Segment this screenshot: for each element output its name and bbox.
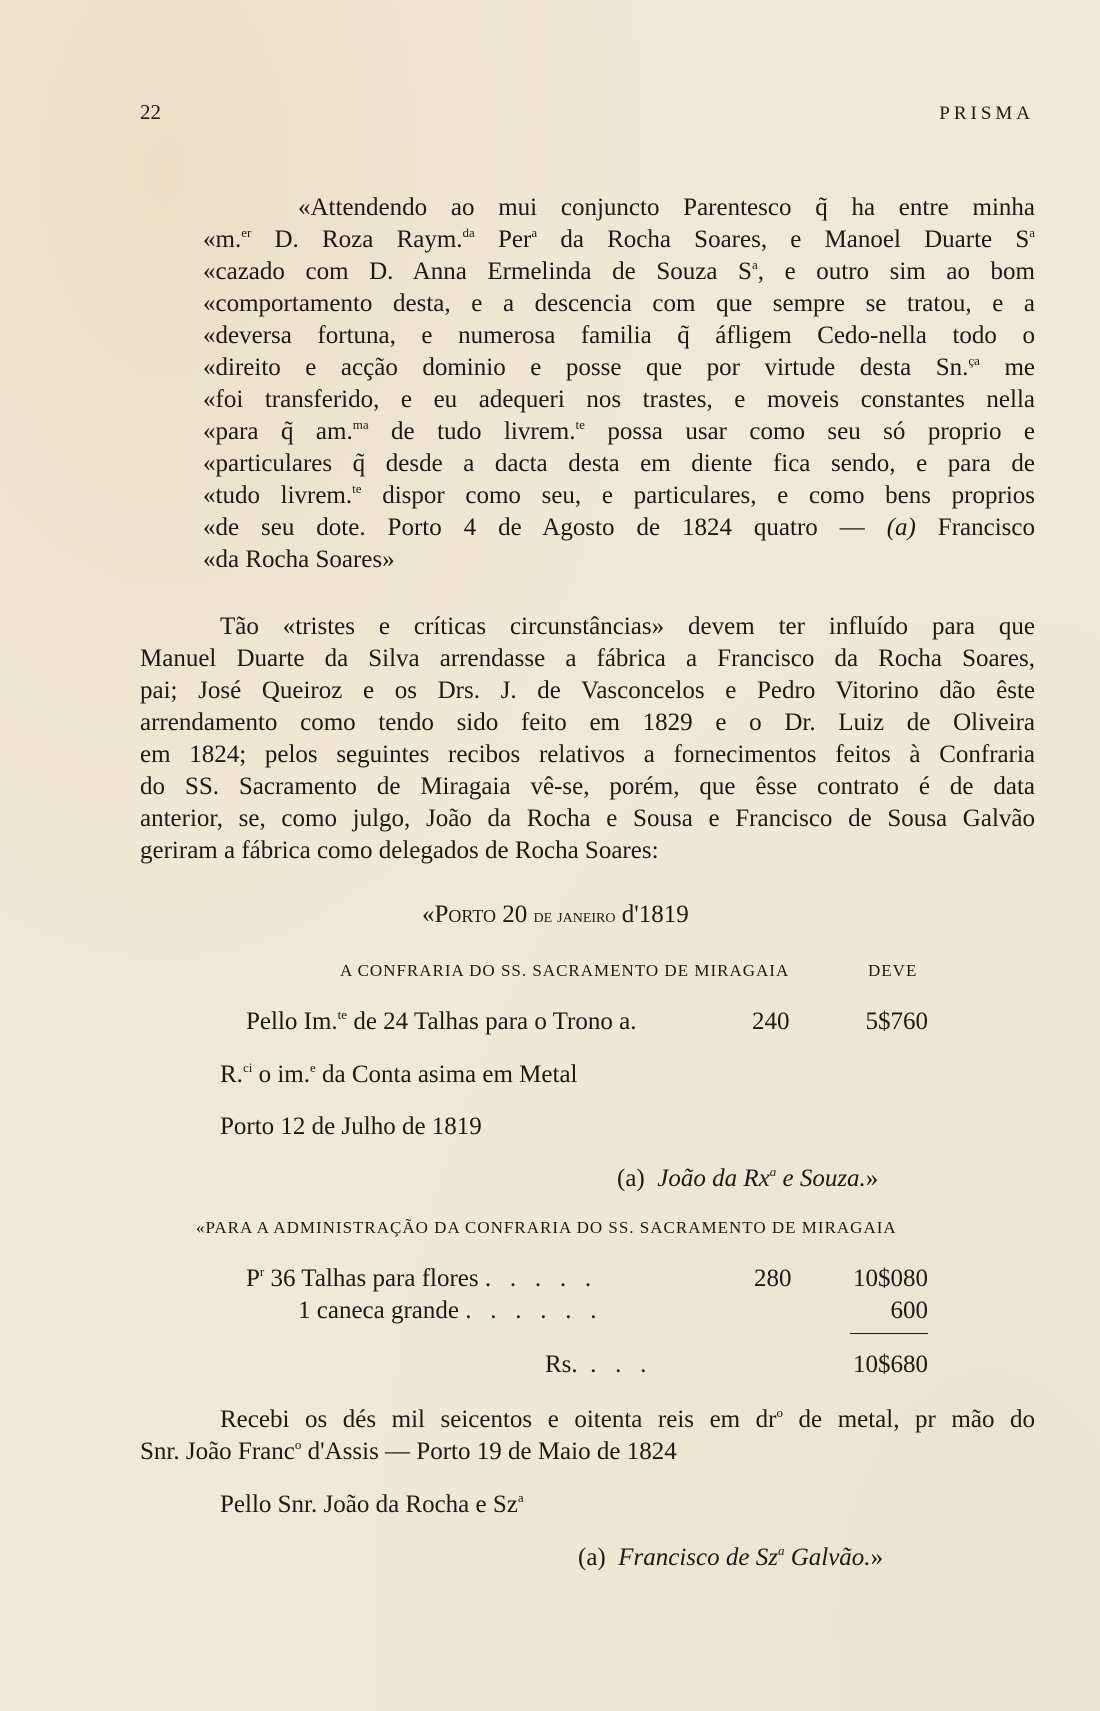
superscript: te bbox=[575, 417, 584, 432]
sum-text: Rs. bbox=[545, 1351, 578, 1378]
sum-label: Rs. . . . bbox=[545, 1350, 646, 1380]
by-text: Pello Snr. João da Rocha e Sz bbox=[220, 1491, 518, 1518]
receipt-item: Pr 36 Talhas para flores . . . . . bbox=[246, 1264, 591, 1294]
item-text: P bbox=[246, 1265, 260, 1292]
paragraph-line: Tão «tristes e críticas circunstâncias» … bbox=[220, 612, 1035, 642]
paragraph-line: do SS. Sacramento de Miragaia vê-se, por… bbox=[140, 772, 1035, 802]
leader-dots: . . . bbox=[590, 1351, 646, 1378]
received-text: da Conta asima em Metal bbox=[316, 1061, 578, 1088]
signature-prefix: (a) bbox=[578, 1544, 606, 1571]
receipt-heading: A CONFRARIA DO SS. SACRAMENTO DE MIRAGAI… bbox=[340, 956, 789, 986]
quote-text: Per bbox=[475, 226, 532, 253]
signature: (a) Francisco de Sza Galvão.» bbox=[578, 1543, 883, 1573]
quote-text: «para q̃ am. bbox=[203, 418, 353, 445]
receipt-date-heading: «Porto 20 de janeiro d'1819 bbox=[422, 900, 689, 931]
quote-mark: » bbox=[871, 1544, 884, 1571]
quote-line: «para q̃ am.ma de tudo livrem.te possa u… bbox=[203, 417, 1035, 447]
quote-text: «m. bbox=[203, 226, 241, 253]
superscript: a bbox=[1029, 225, 1035, 240]
by-line: Pello Snr. João da Rocha e Sza bbox=[220, 1490, 524, 1520]
quote-line: «direito e acção dominio e posse que por… bbox=[203, 353, 1035, 383]
signature-name: Francisco de Sz bbox=[618, 1544, 778, 1571]
signature-name: Galvão. bbox=[784, 1544, 870, 1571]
receipt-text: de metal, pr mão do bbox=[783, 1406, 1035, 1433]
quote-line: «da Rocha Soares» bbox=[203, 545, 395, 575]
item-text: 1 caneca grande bbox=[298, 1297, 459, 1324]
document-page: 22 PRISMA «Attendendo ao mui conjuncto P… bbox=[0, 0, 1100, 1711]
paragraph-line: geriram a fábrica como delegados de Roch… bbox=[140, 836, 659, 866]
quote-line: «m.er D. Roza Raym.da Pera da Rocha Soar… bbox=[203, 225, 1035, 255]
paragraph-line: arrendamento como tendo sido feito em 18… bbox=[140, 708, 1035, 738]
item-text: 36 Talhas para flores bbox=[264, 1265, 478, 1292]
receipt-heading: «PARA A ADMINISTRAÇÃO DA CONFRARIA DO SS… bbox=[196, 1213, 897, 1243]
quote-line: «particulares q̃ desde a dacta desta em … bbox=[203, 449, 1035, 479]
quote-text: «de seu dote. Porto 4 de Agosto de 1824 … bbox=[203, 514, 887, 541]
quote-line-text: «Attendendo ao mui conjuncto Parentesco … bbox=[298, 193, 1035, 223]
leader-dots: . . . . . . bbox=[465, 1297, 596, 1324]
paragraph-line: Manuel Duarte da Silva arrendasse a fábr… bbox=[140, 644, 1035, 674]
quote-text: da Rocha Soares, e Manoel Duarte S bbox=[537, 226, 1029, 253]
signature-name: e Souza. bbox=[776, 1165, 866, 1192]
date-text: 20 bbox=[496, 901, 534, 928]
quote-line: «cazado com D. Anna Ermelinda de Souza S… bbox=[203, 257, 1035, 287]
quote-line: «de seu dote. Porto 4 de Agosto de 1824 … bbox=[203, 513, 1035, 543]
quote-text: «cazado com D. Anna Ermelinda de Souza S bbox=[203, 258, 752, 285]
item-text: de 24 Talhas para o Trono a. bbox=[347, 1008, 636, 1035]
receipt-heading-right: DEVE bbox=[868, 956, 917, 986]
date-text: Porto bbox=[435, 901, 497, 928]
quote-text: D. Roza Raym. bbox=[251, 226, 462, 253]
superscript: er bbox=[241, 225, 251, 240]
superscript: a bbox=[518, 1490, 524, 1505]
received-text: o im. bbox=[252, 1061, 310, 1088]
unit-price: 240 bbox=[752, 1007, 790, 1037]
quote-text: me bbox=[980, 354, 1035, 381]
unit-price: 280 bbox=[754, 1264, 792, 1294]
superscript: ci bbox=[243, 1060, 252, 1075]
signature-name: João da Rx bbox=[657, 1165, 769, 1192]
superscript: te bbox=[352, 481, 361, 496]
receipt-text: Recebi os dés mil seicentos e oitenta re… bbox=[220, 1406, 777, 1433]
quote-line: «Attendendo ao mui conjuncto Parentesco … bbox=[298, 193, 1035, 223]
superscript: ma bbox=[353, 417, 369, 432]
leader-dots: . . . . . bbox=[485, 1265, 591, 1292]
quote-text: possa usar como seu só proprio e bbox=[585, 418, 1035, 445]
item-total: 10$080 bbox=[853, 1264, 928, 1294]
quote-mark: » bbox=[866, 1165, 879, 1192]
running-title: PRISMA bbox=[939, 103, 1034, 125]
received-line: R.ci o im.e da Conta asima em Metal bbox=[220, 1060, 578, 1090]
quote-line: «deversa fortuna, e numerosa familia q̃ … bbox=[203, 321, 1035, 351]
quote-text: «direito e acção dominio e posse que por… bbox=[203, 354, 968, 381]
quote-line: «comportamento desta, e a descencia com … bbox=[203, 289, 1035, 319]
superscript: te bbox=[338, 1007, 347, 1022]
superscript: ça bbox=[968, 353, 980, 368]
receipt-text: Snr. João Franc bbox=[140, 1438, 295, 1465]
signature-mark: (a) bbox=[887, 514, 916, 541]
item-text: Pello Im. bbox=[246, 1008, 338, 1035]
quote-text: «tudo livrem. bbox=[203, 482, 352, 509]
paragraph-line: em 1824; pelos seguintes recibos relativ… bbox=[140, 740, 1035, 770]
signature-prefix: (a) bbox=[617, 1165, 645, 1192]
received-text: R. bbox=[220, 1061, 243, 1088]
paragraph-line: anterior, se, como julgo, João da Rocha … bbox=[140, 804, 1035, 834]
quote-line: «tudo livrem.te dispor como seu, e parti… bbox=[203, 481, 1035, 511]
receipt-text: d'Assis — Porto 19 de Maio de 1824 bbox=[301, 1438, 676, 1465]
page-number: 22 bbox=[140, 100, 161, 125]
receipt-item: 1 caneca grande . . . . . . bbox=[298, 1296, 597, 1326]
paragraph-line: pai; José Queiroz e os Drs. J. de Vascon… bbox=[140, 676, 1035, 706]
quote-mark: « bbox=[422, 901, 435, 928]
receipt-text-line: Recebi os dés mil seicentos e oitenta re… bbox=[220, 1405, 1035, 1435]
quote-text: , e outro sim ao bom bbox=[758, 258, 1035, 285]
quote-line: «foi transferido, e eu adequeri nos tras… bbox=[203, 385, 1035, 415]
superscript: da bbox=[463, 225, 475, 240]
sum-total: 10$680 bbox=[853, 1350, 928, 1380]
quote-text: Francisco bbox=[916, 514, 1035, 541]
receipt-text-line: Snr. João Franco d'Assis — Porto 19 de M… bbox=[140, 1437, 677, 1467]
place-date: Porto 12 de Julho de 1819 bbox=[220, 1112, 482, 1142]
item-total: 600 bbox=[891, 1296, 929, 1326]
date-text: de janeiro bbox=[534, 905, 616, 927]
quote-text: dispor como seu, e particulares, e como … bbox=[362, 482, 1035, 509]
signature: (a) João da Rxa e Souza.» bbox=[617, 1164, 878, 1194]
quote-text: de tudo livrem. bbox=[369, 418, 576, 445]
date-text: d'1819 bbox=[616, 901, 689, 928]
sum-rule bbox=[850, 1333, 928, 1334]
running-head: 22 PRISMA bbox=[140, 100, 1034, 125]
item-total: 5$760 bbox=[866, 1007, 929, 1037]
receipt-item: Pello Im.te de 24 Talhas para o Trono a. bbox=[246, 1007, 636, 1037]
